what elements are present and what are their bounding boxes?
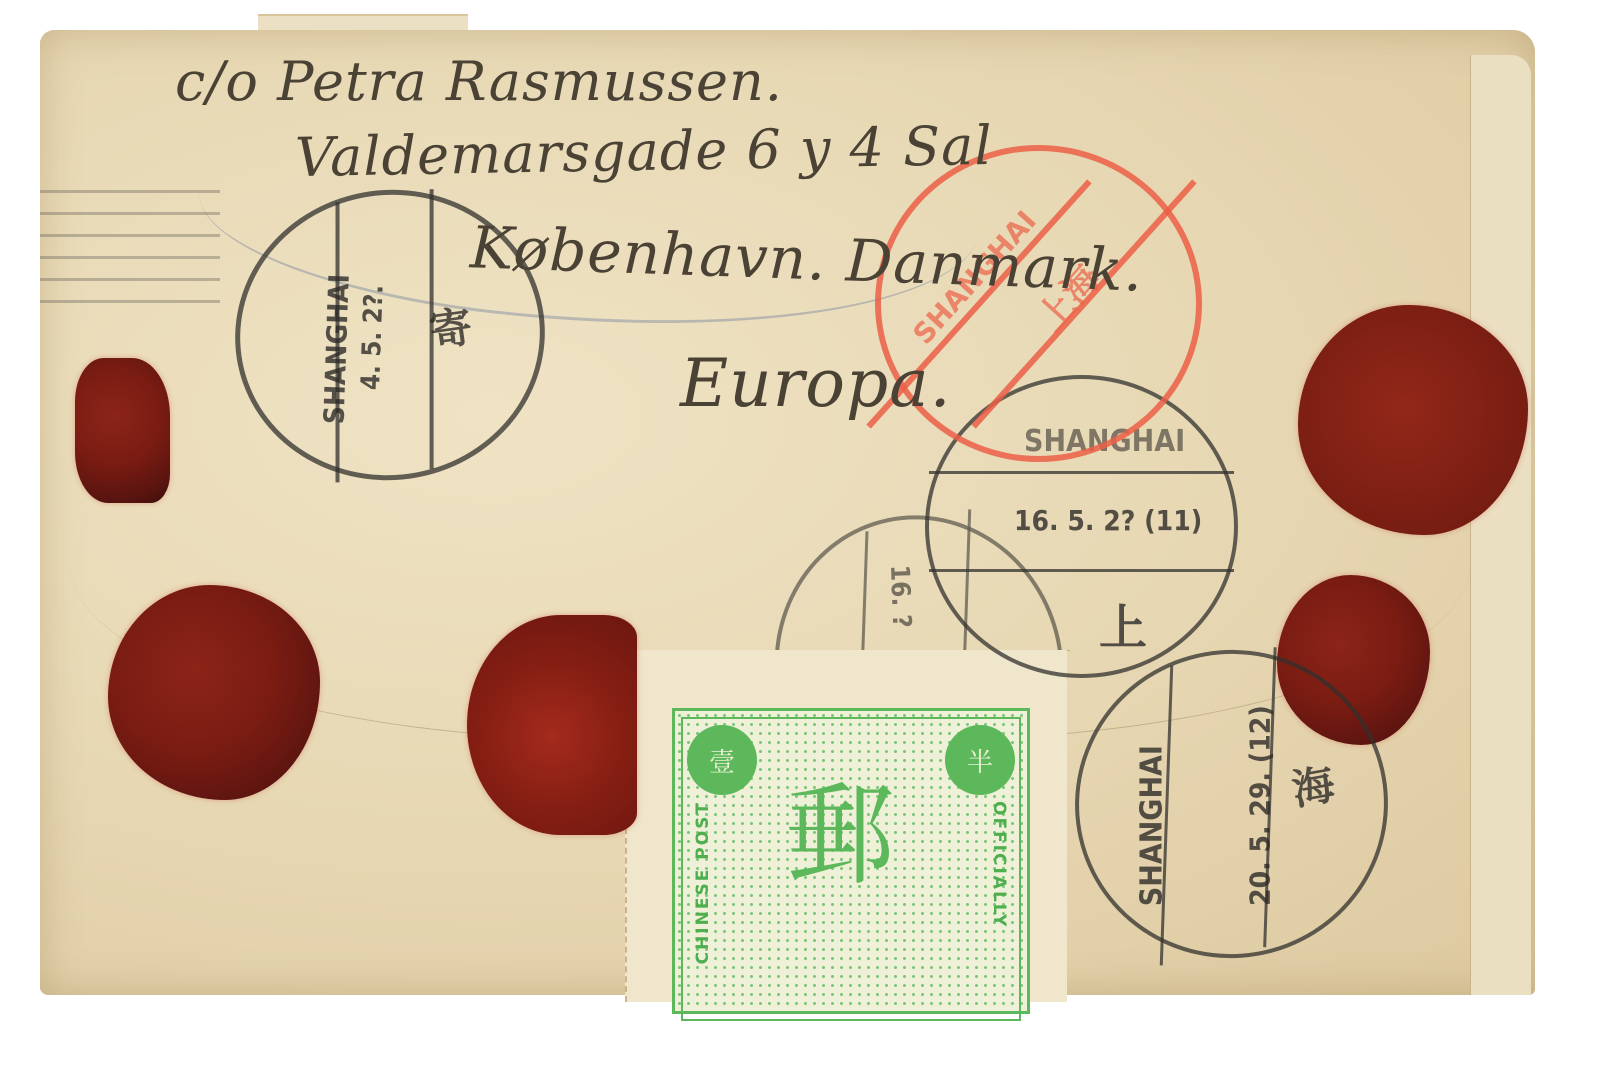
wax-seal (1298, 305, 1528, 535)
stamp-corner-right: 半 (945, 725, 1015, 795)
address-line-4: Europa. (680, 345, 952, 422)
stamp-center-glyph: 郵 (785, 781, 895, 891)
machine-cancel-lines (40, 190, 220, 320)
postmark-chinese: 上 (1099, 589, 1147, 658)
postmark-date: 16. 5. 2? (11) (1014, 504, 1202, 537)
address-line-2: Valdemarsgade 6 y 4 Sal (295, 114, 994, 189)
address-line-1: c/o Petra Rasmussen. (175, 50, 783, 113)
stamp-frame: 壹 半 CHINESE POST OFFICIALLY 郵 (672, 708, 1030, 1014)
stamp-corner-left: 壹 (687, 725, 757, 795)
postmark-chinese: 海 (1287, 751, 1339, 817)
postmark-chinese: 寄 (425, 294, 475, 359)
envelope-right-flap (1470, 55, 1531, 995)
stamp-text-left: CHINESE POST (693, 801, 713, 964)
stamp-text-right: OFFICIALLY (989, 801, 1009, 928)
postmark-date: 20. 5. 29. (12) (1244, 705, 1277, 906)
postmark-date: 4. 5. 2?. (356, 284, 390, 390)
postmark-place: SHANGHAI (1135, 745, 1170, 906)
postage-stamp: 壹 半 CHINESE POST OFFICIALLY 郵 (625, 650, 1067, 1002)
postmark-date: 16. ? (884, 564, 916, 628)
postmark-place: SHANGHAI (318, 273, 356, 424)
wax-seal (108, 585, 320, 800)
wax-seal (75, 358, 170, 503)
